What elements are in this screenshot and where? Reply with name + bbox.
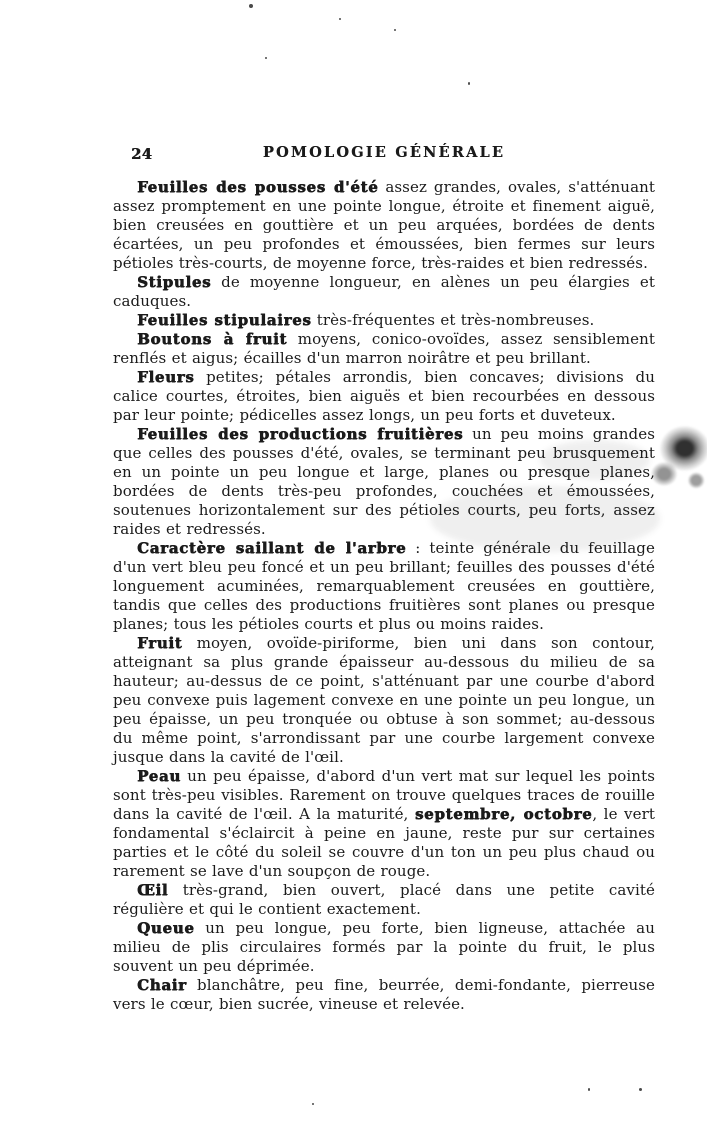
- ink-blot: [645, 418, 707, 498]
- paragraph: Fruit moyen, ovoïde-piriforme, bien uni …: [113, 634, 655, 767]
- section-lead: Stipules: [137, 273, 211, 291]
- paragraph: Œil très-grand, bien ouvert, placé dans …: [113, 881, 655, 919]
- section-lead: Boutons à fruit: [137, 330, 287, 348]
- section-lead: Œil: [137, 881, 168, 899]
- scanned-book-page: 24 POMOLOGIE GÉNÉRALE Feuilles des pouss…: [0, 0, 707, 1144]
- section-lead: Fruit: [137, 634, 182, 652]
- paragraph: Fleurs petites; pétales arrondis, bien c…: [113, 368, 655, 425]
- paragraph: Feuilles stipulaires très-fréquentes et …: [113, 311, 655, 330]
- section-lead: Caractère saillant de l'arbre: [137, 539, 406, 557]
- ink-speck: [312, 1103, 314, 1105]
- paragraph: Queue un peu longue, peu forte, bien lig…: [113, 919, 655, 976]
- ink-speck: [265, 57, 267, 59]
- ink-speck: [586, 930, 588, 932]
- text-block: Feuilles des pousses d'été assez grandes…: [113, 178, 655, 1014]
- running-title: POMOLOGIE GÉNÉRALE: [113, 144, 655, 161]
- paragraph: Peau un peu épaisse, d'abord d'un vert m…: [113, 767, 655, 881]
- section-lead: Feuilles stipulaires: [137, 311, 311, 329]
- ink-speck: [394, 29, 396, 31]
- section-text: moyen, ovoïde-piriforme, bien uni dans s…: [113, 634, 655, 766]
- ink-smudge: [430, 486, 660, 552]
- section-text: très-grand, bien ouvert, placé dans une …: [113, 881, 655, 918]
- section-lead: Peau: [137, 767, 181, 785]
- section-lead: Feuilles des productions fruitières: [137, 425, 463, 443]
- ink-speck: [468, 82, 470, 85]
- section-lead: Fleurs: [137, 368, 194, 386]
- ink-speck: [339, 18, 341, 20]
- section-text: un peu longue, peu forte, bien ligneuse,…: [113, 919, 655, 975]
- section-lead: Feuilles des pousses d'été: [137, 178, 378, 196]
- ink-smudge: [540, 440, 650, 480]
- section-lead: septembre, octobre: [415, 805, 592, 823]
- page-header: 24 POMOLOGIE GÉNÉRALE: [113, 144, 655, 166]
- section-lead: Chair: [137, 976, 187, 994]
- paragraph: Stipules de moyenne longueur, en alènes …: [113, 273, 655, 311]
- section-text: très-fréquentes et très-nombreuses.: [311, 311, 594, 329]
- section-text: petites; pétales arrondis, bien concaves…: [113, 368, 655, 424]
- paragraph: Feuilles des pousses d'été assez grandes…: [113, 178, 655, 273]
- section-text: blanchâtre, peu fine, beurrée, demi-fond…: [113, 976, 655, 1013]
- ink-speck: [639, 1088, 642, 1091]
- page-number: 24: [131, 146, 152, 163]
- paragraph: Chair blanchâtre, peu fine, beurrée, dem…: [113, 976, 655, 1014]
- ink-speck: [249, 4, 253, 8]
- section-lead: Queue: [137, 919, 194, 937]
- paragraph: Boutons à fruit moyens, conico-ovoïdes, …: [113, 330, 655, 368]
- paragraph: Caractère saillant de l'arbre : teinte g…: [113, 539, 655, 634]
- ink-speck: [588, 1088, 590, 1091]
